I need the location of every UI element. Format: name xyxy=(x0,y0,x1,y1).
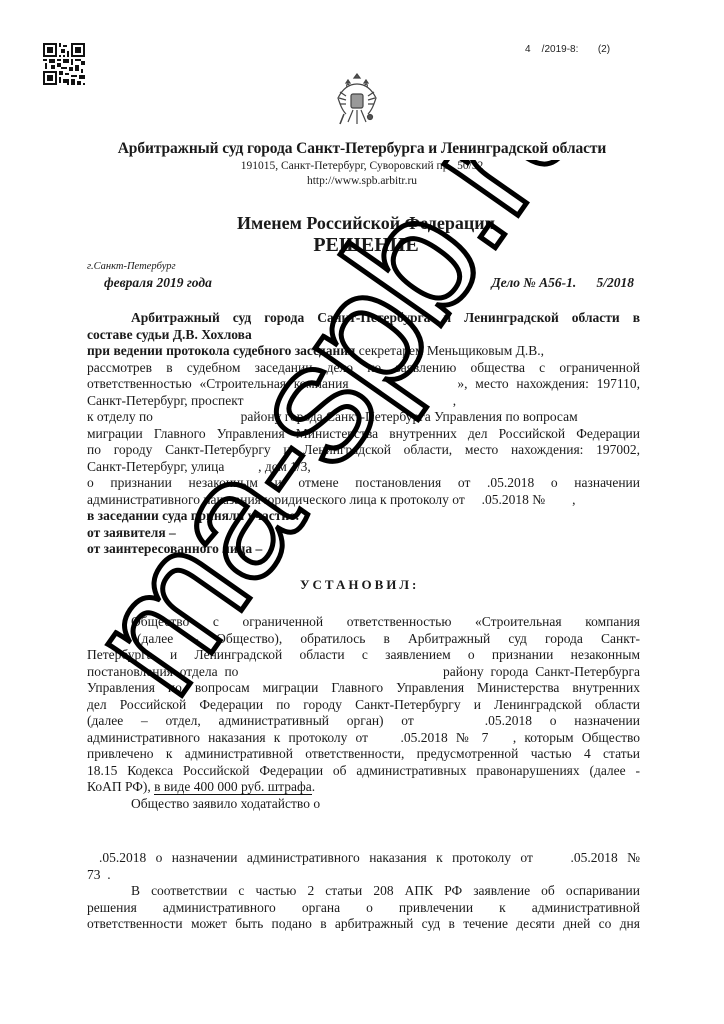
motion-line: Общество заявило ходатайство о xyxy=(87,796,640,813)
decision-date: февраля 2019 года xyxy=(104,275,212,291)
established-section: Общество с ограниченной ответственностью… xyxy=(87,614,640,812)
established-line: Петербурга и Ленинградской области с зая… xyxy=(87,647,640,664)
intro-judge-line: составе судьи Д.В. Хохлова xyxy=(87,327,640,344)
fine-amount: в виде 400 000 руб. штрафа xyxy=(154,779,312,795)
intro-secretary-line: при ведении протокола судебного заседани… xyxy=(87,343,640,360)
intro-line: Санкт-Петербург, улица , дом 1/3, xyxy=(87,459,640,476)
title-line-1: Именем Российской Федерации xyxy=(0,213,724,234)
established-line: (далее – отдел, административный орган) … xyxy=(87,713,640,730)
intro-section: Арбитражный суд города Санкт-Петербурга … xyxy=(87,310,640,558)
established-line: постановления отдела по району города Са… xyxy=(87,664,640,681)
protocol-label: при ведении протокола судебного заседани… xyxy=(87,343,355,358)
established-line: Управления по вопросам миграции Главного… xyxy=(87,680,640,697)
fine-suffix: . xyxy=(312,779,315,794)
apk-line: решения административного органа о привл… xyxy=(87,900,640,917)
qr-code-icon xyxy=(43,43,85,85)
established-line: привлечено к административной ответствен… xyxy=(87,746,640,763)
intro-line: по городу Санкт-Петербургу и Ленинградск… xyxy=(87,442,640,459)
apk-line: В соответствии с частью 2 статьи 208 АПК… xyxy=(87,883,640,900)
established-line: 18.15 Кодекса Российской Федерации об ад… xyxy=(87,763,640,780)
intro-line: о признании незаконным и отмене постанов… xyxy=(87,475,640,492)
case-number: Дело № А56-1. 5/2018 xyxy=(491,275,634,291)
established-line: Общество с ограниченной ответственностью… xyxy=(87,614,640,631)
applicant-label: от заявителя – xyxy=(87,525,640,542)
intro-line: административного наказания юридического… xyxy=(87,492,640,509)
city: г.Санкт-Петербург xyxy=(87,261,176,272)
established-fine-line: КоАП РФ), в виде 400 000 руб. штрафа. xyxy=(87,779,640,796)
fine-prefix: КоАП РФ), xyxy=(87,779,154,794)
document-page: 4 /2019-8: (2) Арбитражный суд города Са… xyxy=(0,0,724,1024)
participants-label: в заседании суда приняли участие: xyxy=(87,508,640,525)
section-heading-established: УСТАНОВИЛ: xyxy=(300,577,419,593)
document-title: РЕШЕНИЕ xyxy=(0,234,724,257)
document-id: 4 /2019-8: (2) xyxy=(525,44,610,55)
established-line: административного наказания к протоколу … xyxy=(87,730,640,747)
intro-line: Санкт-Петербург, проспект , xyxy=(87,393,640,410)
interested-party-label: от заинтересованного лица – xyxy=(87,541,640,558)
established-line: (далее – Общество), обратилось в Арбитра… xyxy=(87,631,640,648)
court-name: Арбитражный суд города Санкт-Петербурга … xyxy=(0,140,724,158)
intro-line: рассмотрев в судебном заседании дело по … xyxy=(87,360,640,377)
continuation-section: .05.2018 о назначении административного … xyxy=(87,850,640,933)
court-website: http://www.spb.arbitr.ru xyxy=(0,175,724,187)
intro-line: миграции Главного Управления Министерств… xyxy=(87,426,640,443)
secretary-name: секретарем Меньщиковым Д.В., xyxy=(355,343,544,358)
established-line: дел Российской Федерации по городу Санкт… xyxy=(87,697,640,714)
continuation-line: .05.2018 о назначении административного … xyxy=(87,850,640,867)
intro-line: ответственностью «Строительная компания … xyxy=(87,376,640,393)
apk-line: ответственности может быть подано в арби… xyxy=(87,916,640,933)
intro-court-line: Арбитражный суд города Санкт-Петербурга … xyxy=(87,310,640,327)
coat-of-arms-icon xyxy=(334,70,380,132)
continuation-line: 73 . xyxy=(87,867,640,884)
intro-line: к отделу по району города Санкт-Петербур… xyxy=(87,409,640,426)
court-address: 191015, Санкт-Петербург, Суворовский пр.… xyxy=(0,160,724,172)
